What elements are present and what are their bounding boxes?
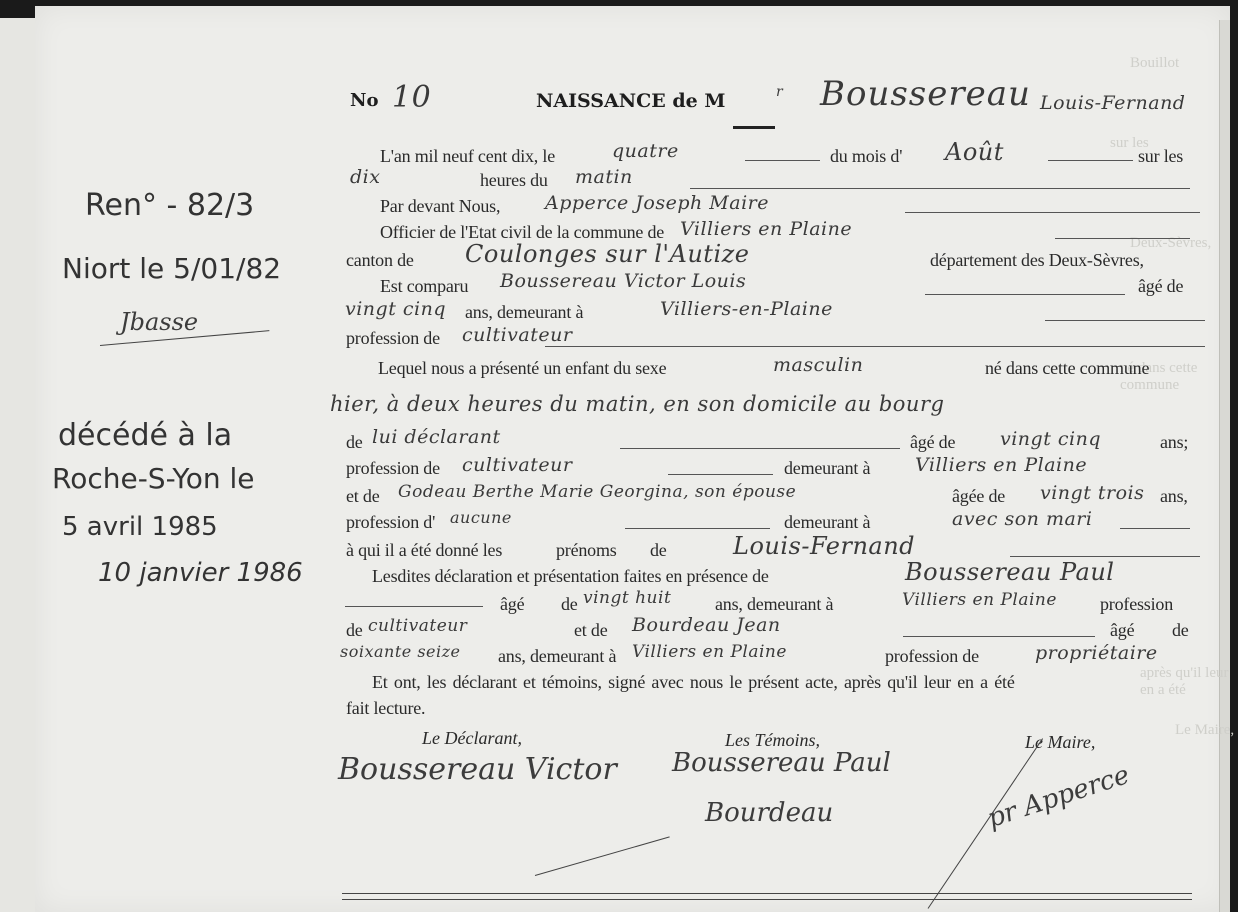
page-edge-right — [1219, 20, 1230, 912]
handwritten-witness2: Bourdeau Jean — [632, 614, 781, 636]
bleed-through: Bouillot — [1130, 55, 1179, 72]
fill-line — [345, 606, 483, 607]
title-underline — [733, 126, 775, 129]
bleed-through: Le Maire, — [1175, 722, 1234, 739]
fill-line — [1055, 238, 1190, 239]
fill-line — [905, 212, 1200, 213]
printed-text: âgée de — [952, 486, 1005, 507]
previous-page-edge — [0, 18, 37, 912]
fill-line — [668, 474, 773, 475]
fill-line — [1048, 160, 1133, 161]
handwritten-witness2-age: soixante seize — [340, 642, 461, 661]
margin-date: Niort le 5/01/82 — [62, 252, 281, 285]
handwritten-age: vingt cinq — [345, 298, 446, 320]
printed-text: ans, — [1160, 486, 1188, 507]
number-value: 10 — [392, 80, 431, 115]
handwritten-residence: Villiers-en-Plaine — [660, 298, 833, 320]
handwritten-witness1: Boussereau Paul — [905, 558, 1114, 586]
fill-line — [690, 188, 1190, 189]
printed-text: Est comparu — [380, 276, 468, 297]
printed-text: âgé de — [910, 432, 955, 453]
handwritten-declarant: Boussereau Victor Louis — [500, 270, 746, 292]
printed-text: profession d' — [346, 512, 435, 533]
handwritten-profession: cultivateur — [462, 324, 572, 346]
handwritten-first-names: Louis-Fernand — [733, 532, 915, 560]
printed-text: de — [1172, 620, 1189, 641]
printed-text: ans, demeurant à — [715, 594, 833, 615]
printed-text: prénoms — [556, 540, 617, 561]
fill-line — [1120, 528, 1190, 529]
printed-text: à qui il a été donné les — [346, 540, 502, 561]
closing-rule — [342, 899, 1192, 900]
printed-text: et de — [574, 620, 607, 641]
printed-text: âgé — [500, 594, 524, 615]
handwritten-month: Août — [945, 138, 1004, 166]
fill-line — [545, 346, 1205, 347]
child-given-names: Louis-Fernand — [1040, 92, 1185, 114]
declarant-label: Le Déclarant, — [422, 728, 522, 749]
printed-text: né dans cette commune — [985, 358, 1149, 379]
printed-text: de — [650, 540, 667, 561]
witness1-signature: Boussereau Paul — [672, 748, 891, 778]
printed-text: Lequel nous a présenté un enfant du sexe — [378, 358, 666, 379]
fill-line — [745, 160, 820, 161]
handwritten-mother-residence: avec son mari — [952, 508, 1092, 530]
fill-line — [625, 528, 770, 529]
printed-text: Et ont, les déclarant et témoins, signé … — [372, 672, 1015, 693]
fill-line — [1045, 320, 1205, 321]
handwritten-canton: Coulonges sur l'Autize — [465, 240, 749, 268]
printed-text: Par devant Nous, — [380, 196, 500, 217]
fill-line — [903, 636, 1095, 637]
printed-text: heures du — [480, 170, 548, 191]
handwritten-birth-place: hier, à deux heures du matin, en son dom… — [330, 392, 944, 416]
printed-text: demeurant à — [784, 512, 870, 533]
margin-death-3: 5 avril 1985 — [62, 512, 218, 542]
margin-death-4: 10 janvier 1986 — [98, 558, 303, 588]
printed-text: de — [561, 594, 578, 615]
fill-line — [620, 448, 900, 449]
margin-initials: Jbasse — [120, 308, 198, 336]
declarant-signature: Boussereau Victor — [338, 752, 617, 787]
printed-text: ans; — [1160, 432, 1188, 453]
printed-text: profession — [1100, 594, 1173, 615]
printed-text: de — [346, 432, 363, 453]
handwritten-day: quatre — [612, 140, 679, 162]
handwritten-mother-profession: aucune — [450, 508, 512, 527]
margin-death-1: décédé à la — [58, 418, 232, 453]
printed-text: et de — [346, 486, 379, 507]
printed-text: sur les — [1138, 146, 1183, 167]
printed-text: de — [346, 620, 363, 641]
handwritten-witness2-residence: Villiers en Plaine — [632, 642, 787, 662]
handwritten-sex: masculin — [773, 354, 863, 376]
handwritten-father-age: vingt cinq — [1000, 428, 1101, 450]
handwritten-mother-age: vingt trois — [1040, 482, 1144, 504]
witness2-signature: Bourdeau — [705, 798, 833, 828]
handwritten-witness1-residence: Villiers en Plaine — [902, 590, 1057, 610]
margin-reference: Ren° - 82/3 — [85, 188, 254, 223]
printed-text: âgé de — [1138, 276, 1183, 297]
number-label: No — [350, 90, 378, 111]
printed-text: canton de — [346, 250, 414, 271]
handwritten-father-residence: Villiers en Plaine — [915, 454, 1087, 476]
handwritten-officer: Apperce Joseph Maire — [545, 192, 769, 214]
printed-text: L'an mil neuf cent dix, le — [380, 146, 555, 167]
printed-text: département des Deux-Sèvres, — [930, 250, 1144, 271]
printed-text: profession de — [346, 458, 440, 479]
printed-text: profession de — [346, 328, 440, 349]
handwritten-mother: Godeau Berthe Marie Georgina, son épouse — [398, 482, 796, 502]
printed-text: âgé — [1110, 620, 1134, 641]
handwritten-hour: dix — [350, 166, 380, 188]
handwritten-time-of-day: matin — [575, 166, 633, 188]
printed-text: ans, demeurant à — [498, 646, 616, 667]
closing-rule — [342, 893, 1192, 894]
printed-text: profession de — [885, 646, 979, 667]
title-suffix: r — [776, 84, 783, 100]
fill-line — [1010, 556, 1200, 557]
printed-text: du mois d' — [830, 146, 902, 167]
margin-death-2: Roche-S-Yon le — [52, 462, 255, 495]
printed-text: demeurant à — [784, 458, 870, 479]
handwritten-witness2-profession: propriétaire — [1035, 642, 1158, 664]
document-title: NAISSANCE de M — [536, 90, 725, 112]
handwritten-witness1-profession: cultivateur — [368, 616, 467, 636]
handwritten-commune: Villiers en Plaine — [680, 218, 852, 240]
handwritten-father-profession: cultivateur — [462, 454, 572, 476]
handwritten-father: lui déclarant — [372, 426, 501, 448]
child-surname: Boussereau — [820, 74, 1031, 114]
bleed-through: après qu'il leur en a été — [1140, 665, 1238, 699]
printed-text: Lesdites déclaration et présentation fai… — [372, 566, 769, 587]
printed-text: ans, demeurant à — [465, 302, 583, 323]
printed-text: fait lecture. — [346, 698, 425, 719]
fill-line — [925, 294, 1125, 295]
handwritten-witness1-age: vingt huit — [583, 588, 671, 608]
